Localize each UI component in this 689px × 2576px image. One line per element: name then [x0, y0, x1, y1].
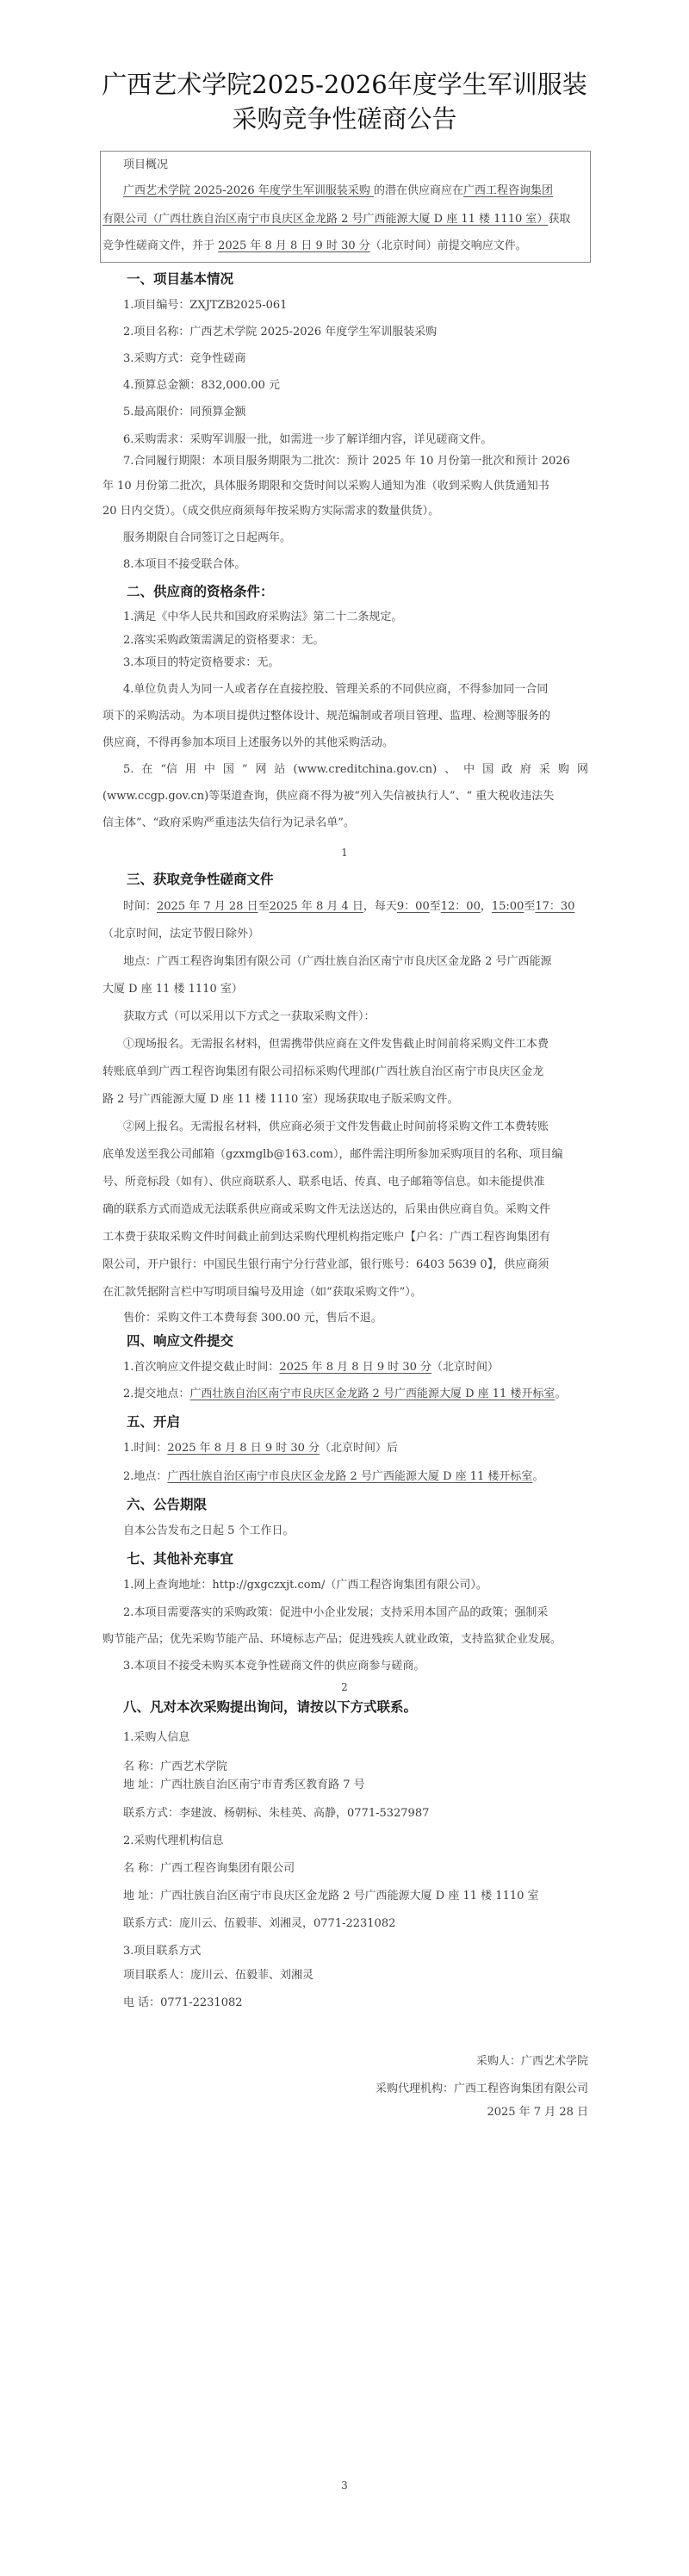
- text-part: 网: [255, 762, 266, 778]
- page-number-3: 3: [0, 2480, 689, 2492]
- text-part: 。: [532, 1470, 543, 1483]
- text-part: （北京时间）: [431, 1361, 499, 1374]
- overview-agency-name: 广西工程咨询集团: [463, 184, 553, 197]
- onsite-line3: 路 2 号广西能源大厦 D 座 11 楼 1110 室）现场获取电子版采购文件。: [102, 1092, 458, 1108]
- section2-item-3: 3.本项目的特定资格要求：无。: [123, 655, 279, 671]
- section3-heading: 三、获取竞争性磋商文件: [127, 871, 274, 888]
- section3-place-line2: 大厦 D 座 11 楼 1110 室）: [102, 982, 243, 997]
- text-part: （北京时间）后: [320, 1442, 398, 1455]
- overview-text: 的潜在供应商应在: [374, 184, 463, 197]
- section7-item-1: 1.网上查询地址：http://gxgczxjt.com/（广西工程咨询集团有限…: [123, 1578, 487, 1593]
- daily-time-4: 17：30: [535, 900, 574, 913]
- text-part: 5.: [123, 762, 133, 778]
- section3-time-note: （北京时间，法定节假日除外）: [102, 927, 259, 942]
- section3-method-label: 获取方式（可以采用以下方式之一获取采购文件）：: [123, 1009, 376, 1025]
- signature-agency: 采购代理机构：广西工程咨询集团有限公司: [258, 2082, 588, 2097]
- section1-item-8: 8.本项目不接受联合体。: [123, 557, 245, 573]
- agency-address: 地 址：广西壮族自治区南宁市良庆区金龙路 2 号广西能源大厦 D 座 11 楼 …: [123, 1889, 539, 1904]
- section3-time: 时间：2025 年 7 月 28 日至2025 年 8 月 4 日，每天9：00…: [123, 899, 574, 915]
- section4-heading: 四、响应文件提交: [127, 1332, 233, 1350]
- purchaser-info-title: 1.采购人信息: [123, 1730, 189, 1746]
- text-part: 采: [539, 762, 550, 778]
- overview-project-name: 广西艺术学院 2025-2026 年度学生军训服装采购: [123, 184, 374, 197]
- section4-item-2: 2.提交地点：广西壮族自治区南宁市良庆区金龙路 2 号广西能源大厦 D 座 11…: [123, 1387, 566, 1402]
- overview-label: 项目概况: [123, 158, 168, 173]
- service-period: 服务期限自合同签订之日起两年。: [123, 531, 291, 546]
- daily-time-1: 9：00: [397, 900, 430, 913]
- section7-item-2-line1: 2.本项目需要落实的采购政策：促进中小企业发展；支持采用本国产品的政策；强制采: [123, 1605, 548, 1621]
- text-part: 至: [258, 900, 270, 913]
- text-part: 中: [204, 762, 215, 778]
- section2-item-1: 1.满足《中华人民共和国政府采购法》第二十二条规定。: [123, 610, 402, 625]
- text-part: 国: [482, 762, 493, 778]
- section4-item-1: 1.首次响应文件提交截止时间：2025 年 8 月 8 日 9 时 30 分（北…: [123, 1360, 499, 1375]
- section7-item-3: 3.本项目不接受未购买本竞争性磋商文件的供应商参与磋商。: [123, 1659, 425, 1674]
- online-line7: 在汇款凭据附言栏中写明项目编号及用途（如“获取采购文件”）。: [102, 1285, 422, 1300]
- agency-info-title: 2.采购代理机构信息: [123, 1834, 223, 1849]
- text-part: 网: [577, 762, 588, 778]
- section1-item-3: 3.采购方式：竞争性磋商: [123, 351, 245, 367]
- purchaser-name: 名 称：广西艺术学院: [123, 1760, 227, 1775]
- text-part: 中: [463, 762, 475, 778]
- text-part: 国: [223, 762, 234, 778]
- overview-agency-address: 有限公司（广西壮族自治区南宁市良庆区金龙路 2 号广西能源大厦 D 座 11 楼…: [102, 213, 548, 226]
- section1-item-4: 4.预算总金额：832,000.00 元: [123, 378, 280, 394]
- creditchina-link-text: (www.creditchina.gov.cn): [293, 762, 437, 778]
- text-part: 站: [274, 762, 285, 778]
- text-part: 用: [185, 762, 196, 778]
- agency-name: 名 称：广西工程咨询集团有限公司: [123, 1861, 295, 1877]
- opening-place: 广西壮族自治区南宁市良庆区金龙路 2 号广西能源大厦 D 座 11 楼开标室: [167, 1470, 532, 1483]
- section8-heading: 八、凡对本次采购提出询问，请按以下方式联系。: [123, 1698, 417, 1716]
- text-part: 府: [520, 762, 531, 778]
- daily-time-2: 12：00: [441, 900, 481, 913]
- section1-heading: 一、项目基本情况: [127, 270, 233, 288]
- text-part: 至: [524, 900, 535, 913]
- signature-date: 2025 年 7 月 28 日: [258, 2105, 588, 2120]
- text-part: 2.地点：: [123, 1470, 167, 1483]
- overview-line3: 竞争性磋商文件，并于 2025 年 8 月 8 日 9 时 30 分（北京时间）…: [102, 239, 527, 254]
- section1-item-1: 1.项目编号：ZXJTZB2025-061: [123, 298, 287, 313]
- agency-contact: 联系方式：庞川云、伍毅菲、刘湘灵，0771-2231082: [123, 1916, 395, 1932]
- time-end: 2025 年 8 月 4 日: [270, 900, 363, 913]
- section2-item-5-line3: 信主体”、“政府采购严重违法失信行为记录名单”。: [102, 816, 355, 831]
- text-part: 。: [555, 1387, 566, 1400]
- onsite-line1: ①现场报名。无需报名材料，但需携带供应商在文件发售截止时间前将采购文件工本费: [123, 1037, 549, 1052]
- section2-item-4-line1: 4.单位负责人为同一人或者存在直接控股、管理关系的不同供应商，不得参加同一合同: [123, 682, 548, 698]
- page-number-2: 2: [0, 1681, 689, 1693]
- section2-item-4-line2: 项下的采购活动。为本项目提供过整体设计、规范编制或者项目管理、监理、检测等服务的: [102, 709, 550, 724]
- section7-item-2-line2: 购节能产品；优先采购节能产品、环境标志产品；促进残疾人就业政策，支持监狱企业发展…: [102, 1632, 562, 1648]
- online-line4: 确的联系方式而造成无法联系供应商或采购文件无法送达的，后果由供应商自负。采购文件: [102, 1202, 550, 1218]
- section6-heading: 六、公告期限: [127, 1496, 207, 1513]
- overview-text: 竞争性磋商文件，并于: [102, 239, 218, 252]
- text-part: 、: [444, 762, 456, 778]
- section2-heading: 二、供应商的资格条件：: [127, 583, 274, 600]
- document-price: 售价：采购文件工本费每套 300.00 元，售后不退。: [123, 1311, 382, 1326]
- text-part: 1.首次响应文件提交截止时间：: [123, 1361, 279, 1374]
- submission-deadline: 2025 年 8 月 8 日 9 时 30 分: [279, 1361, 431, 1374]
- project-phone: 电 话：0771-2231082: [123, 1996, 243, 2011]
- section5-item-2: 2.地点：广西壮族自治区南宁市良庆区金龙路 2 号广西能源大厦 D 座 11 楼…: [123, 1469, 543, 1485]
- section7-heading: 七、其他补充事宜: [127, 1550, 233, 1567]
- announcement-period: 自本公告发布之日起 5 个工作日。: [123, 1524, 295, 1539]
- section1-item-2: 2.项目名称：广西艺术学院 2025-2026 年度学生军训服装采购: [123, 325, 437, 340]
- section2-item-5-line2: (www.ccgp.gov.cn)等渠道查询，供应商不得为被“列入失信被执行人”…: [102, 789, 554, 804]
- daily-time-3: 15:00: [492, 900, 524, 913]
- text-part: 购: [558, 762, 569, 778]
- page-number-1: 1: [0, 847, 689, 859]
- section1-item-7-line1: 7.合同履行期限：本项目服务期限为二批次：预计 2025 年 10 月份第一批次…: [123, 454, 570, 469]
- section1-item-7-line3: 20 日内交货）。（成交供应商须每年按采购方实际需求的数量供货）。: [102, 504, 439, 519]
- overview-text: （北京时间）前提交响应文件。: [370, 239, 527, 252]
- text-part: ，每天: [363, 900, 397, 913]
- purchaser-address: 地 址：广西壮族自治区南宁市青秀区教育路 7 号: [123, 1778, 365, 1793]
- overview-line1: 广西艺术学院 2025-2026 年度学生军训服装采购 的潜在供应商应在广西工程…: [123, 183, 553, 199]
- section1-item-6: 6.采购需求：采购军训服一批，如需进一步了解详细内容，详见磋商文件。: [123, 432, 492, 448]
- onsite-line2: 转账底单到广西工程咨询集团有限公司招标采购代理部(广西壮族自治区南宁市良庆区金龙: [102, 1065, 543, 1080]
- section5-item-1: 1.时间：2025 年 8 月 8 日 9 时 30 分（北京时间）后: [123, 1441, 398, 1456]
- online-line1: ②网上报名。无需报名材料，供应商必须于文件发售截止时间前将采购文件工本费转账: [123, 1120, 549, 1135]
- overview-deadline: 2025 年 8 月 8 日 9 时 30 分: [218, 239, 370, 252]
- section2-item-4-line3: 供应商，不得再参加本项目上述服务以外的其他采购活动。: [102, 736, 394, 751]
- section5-heading: 五、开启: [127, 1413, 180, 1431]
- submission-place: 广西壮族自治区南宁市良庆区金龙路 2 号广西能源大厦 D 座 11 楼开标室: [189, 1387, 555, 1400]
- document-title-line1: 广西艺术学院2025-2026年度学生军训服装: [0, 67, 689, 102]
- purchaser-contact: 联系方式：李建波、杨朝标、朱桂英、高静，0771-5327987: [123, 1806, 429, 1822]
- document-title-line2: 采购竞争性磋商公告: [0, 102, 689, 136]
- text-part: 2.提交地点：: [123, 1387, 189, 1400]
- opening-time: 2025 年 8 月 8 日 9 时 30 分: [167, 1442, 320, 1455]
- overview-line2: 有限公司（广西壮族自治区南宁市良庆区金龙路 2 号广西能源大厦 D 座 11 楼…: [102, 212, 570, 227]
- project-contacts: 项目联系人：庞川云、伍毅菲、刘湘灵: [123, 1968, 313, 1983]
- text-part: 1.时间：: [123, 1442, 167, 1455]
- section2-item-2: 2.落实采购政策需满足的资格要求：无。: [123, 633, 324, 649]
- text-part: ”: [242, 762, 248, 778]
- text-part: 政: [501, 762, 512, 778]
- section1-item-7-line2: 年 10 月份第二批次，具体服务期限和交货时间以采购人通知为准（收到采购人供货通…: [102, 479, 549, 494]
- overview-text: 获取: [548, 213, 570, 226]
- text-part: 至: [430, 900, 441, 913]
- online-line5: 工本费于获取采购文件时间截止前到达采购代理机构指定账户【户名：广西工程咨询集团有: [102, 1230, 550, 1245]
- text-part: ，: [481, 900, 492, 913]
- online-line3: 号、所竞标段（如有）、供应商联系人、联系电话、传真、电子邮箱等信息。如未能提供准: [102, 1175, 545, 1190]
- text-part: 在: [141, 762, 152, 778]
- time-label: 时间：: [123, 900, 157, 913]
- section3-place-line1: 地点：广西工程咨询集团有限公司（广西壮族自治区南宁市良庆区金龙路 2 号广西能源: [123, 954, 552, 970]
- online-line6: 限公司，开户银行：中国民生银行南宁分行营业部，银行账号：6403 5639 0】…: [102, 1257, 549, 1273]
- section2-item-5-line1: 5. 在 “信 用 中 国 ” 网 站 (www.creditchina.gov…: [123, 762, 588, 778]
- time-start: 2025 年 7 月 28 日: [157, 900, 258, 913]
- signature-purchaser: 采购人：广西艺术学院: [258, 2054, 588, 2070]
- project-contact-title: 3.项目联系方式: [123, 1944, 201, 1959]
- section1-item-5: 5.最高限价：同预算金额: [123, 405, 245, 420]
- text-part: “信: [160, 762, 177, 778]
- online-line2: 底单发送至我公司邮箱（gzxmglb@163.com），邮件需注明所参加采购项目…: [102, 1147, 563, 1163]
